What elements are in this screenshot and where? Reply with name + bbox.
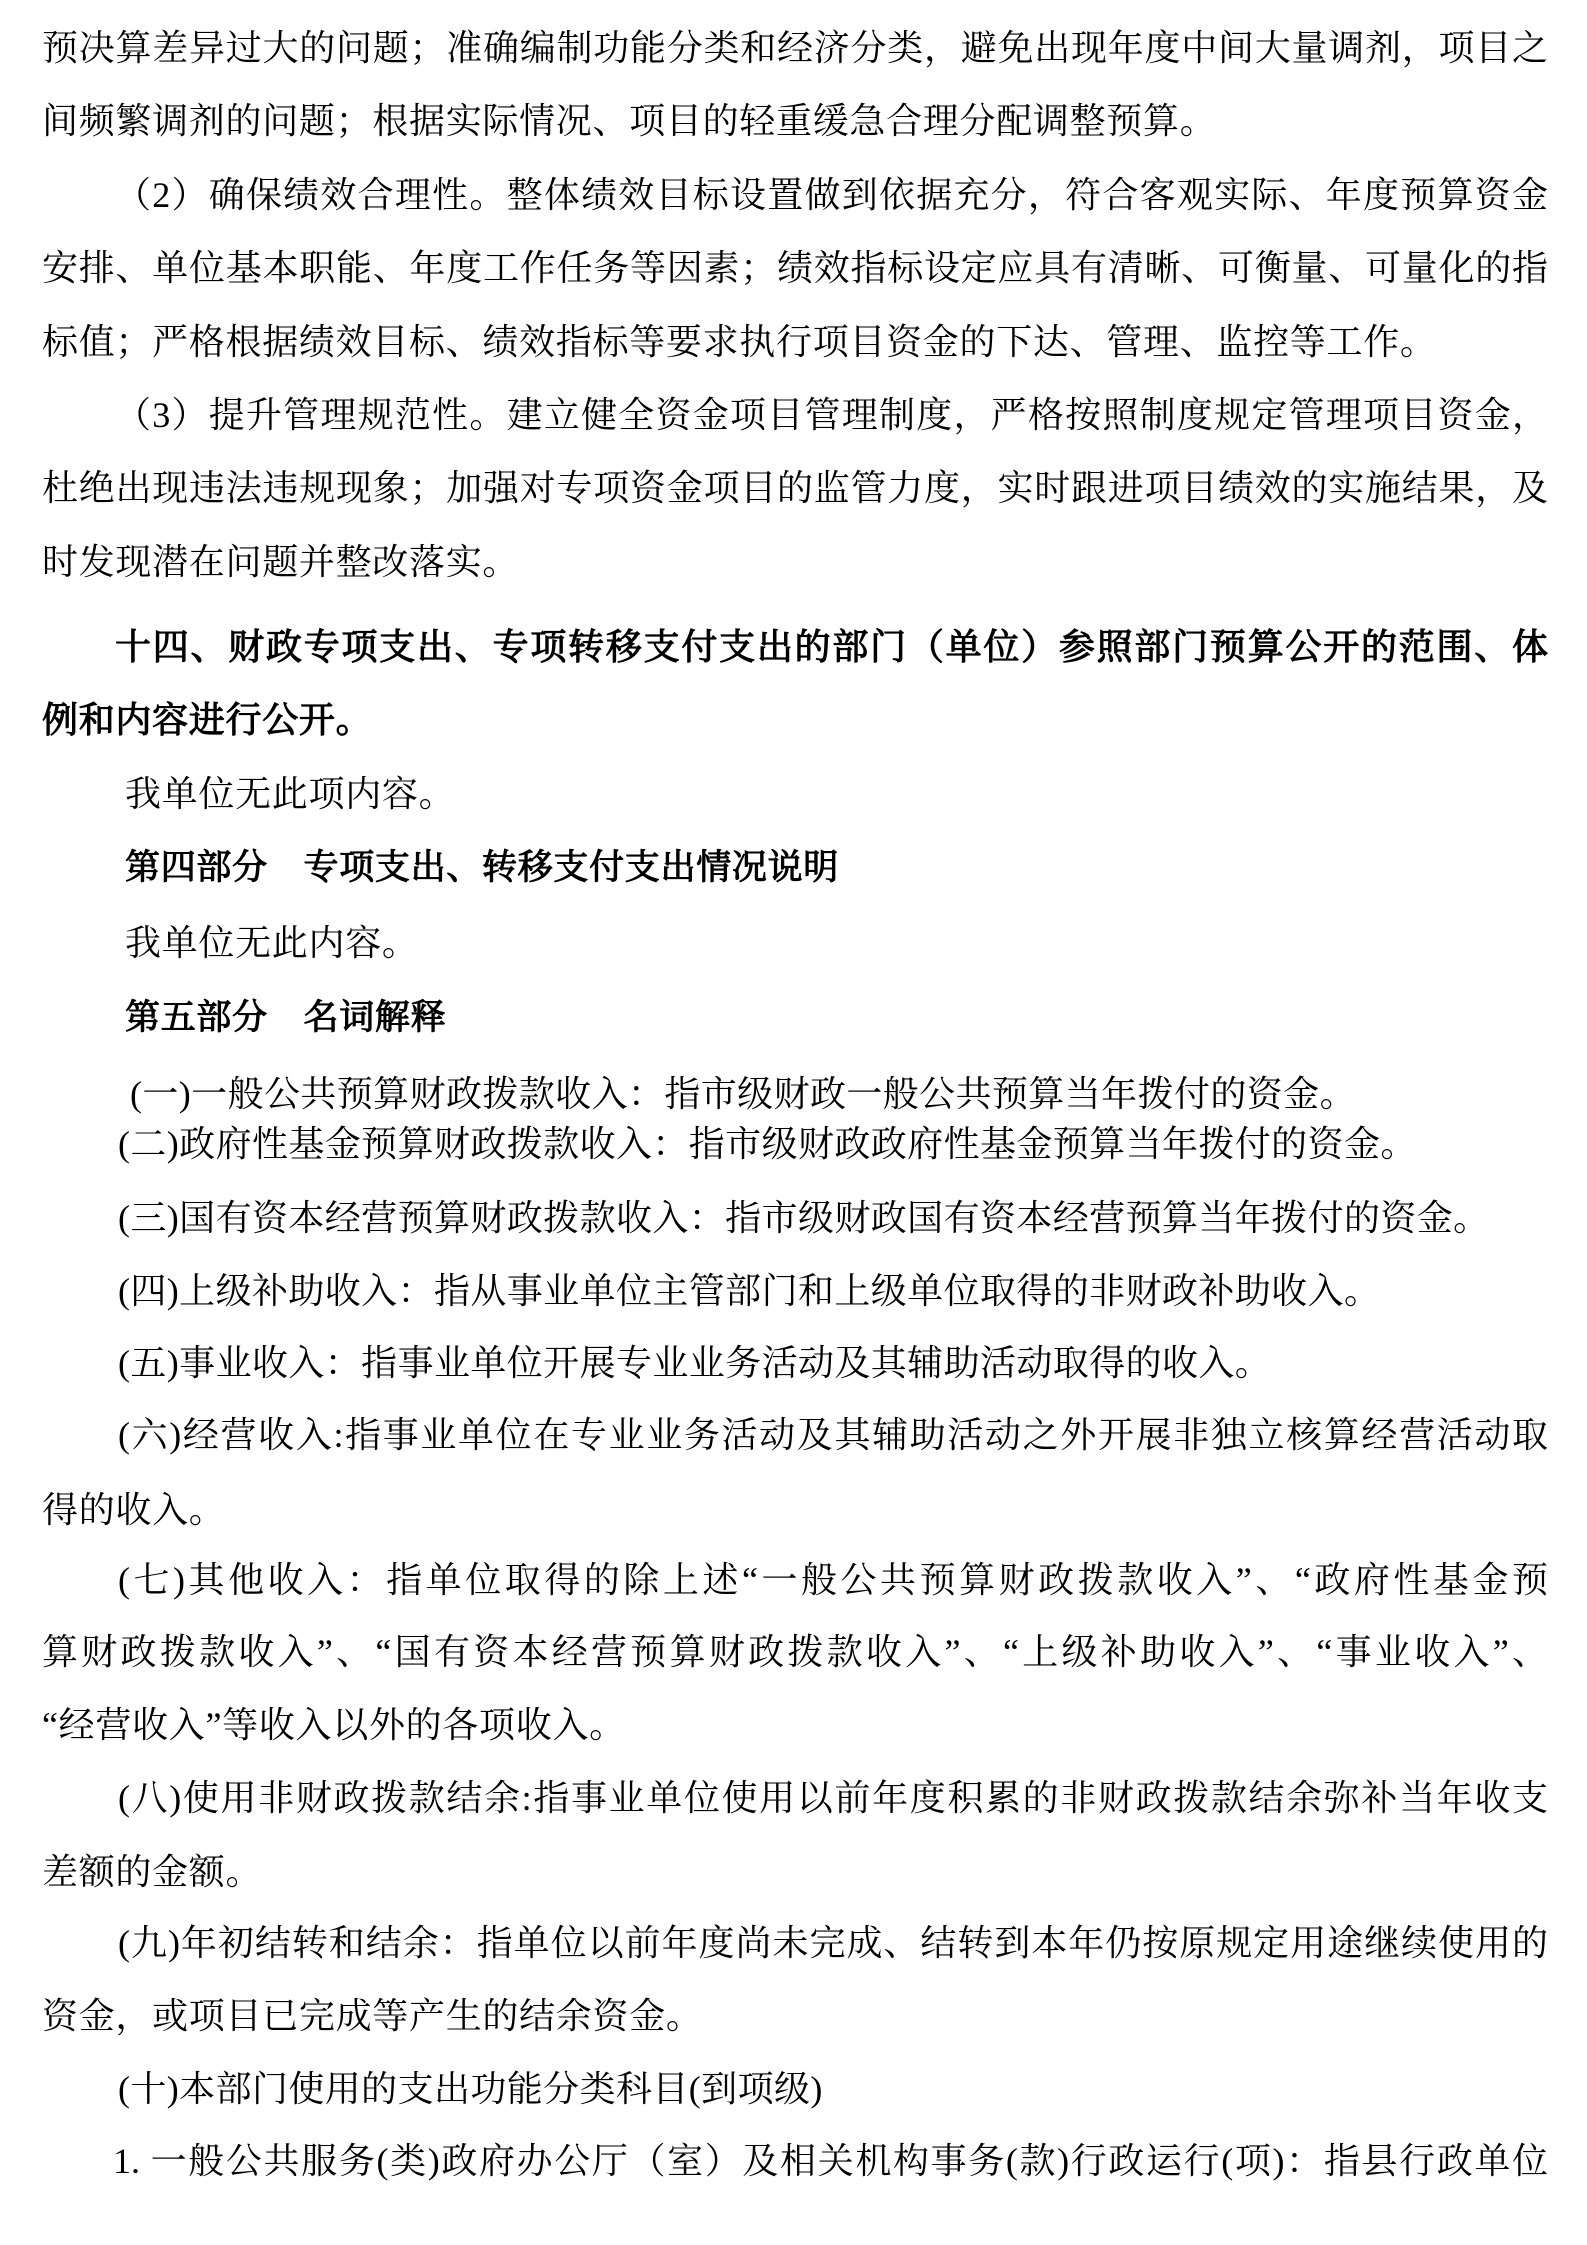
paragraph-line: （3）提升管理规范性。建立健全资金项目管理制度，严格按照制度规定管理项目资金， bbox=[115, 395, 1548, 435]
section-heading-14: 十四、财政专项支出、专项转移支付支出的部门（单位）参照部门预算公开的范围、体 bbox=[115, 627, 1548, 667]
term-definition: (十)本部门使用的支出功能分类科目(到项级) bbox=[118, 2069, 823, 2109]
term-definition: (四)上级补助收入：指从事业单位主管部门和上级单位取得的非财政补助收入。 bbox=[118, 1271, 1380, 1311]
term-definition: (二)政府性基金预算财政拨款收入：指市级财政政府性基金预算当年拨付的资金。 bbox=[118, 1124, 1417, 1164]
paragraph-line: 标值；严格根据绩效目标、绩效指标等要求执行项目资金的下达、管理、监控等工作。 bbox=[42, 322, 1437, 362]
term-definition: 得的收入。 bbox=[42, 1490, 226, 1530]
paragraph-line: 安排、单位基本职能、年度工作任务等因素；绩效指标设定应具有清晰、可衡量、可量化的… bbox=[42, 248, 1548, 288]
paragraph-line: 预决算差异过大的问题；准确编制功能分类和经济分类，避免出现年度中间大量调剂，项目… bbox=[42, 28, 1548, 68]
paragraph-line: （2）确保绩效合理性。整体绩效目标设置做到依据充分，符合客观实际、年度预算资金 bbox=[115, 175, 1548, 215]
part-four-title: 第四部分 专项支出、转移支付支出情况说明 bbox=[125, 848, 839, 888]
term-definition: 差额的金额。 bbox=[42, 1852, 262, 1892]
term-definition: 1. 一般公共服务(类)政府办公厅（室）及相关机构事务(款)行政运行(项)：指县… bbox=[113, 2141, 1548, 2181]
term-definition: (五)事业收入：指事业单位开展专业业务活动及其辅助活动取得的收入。 bbox=[118, 1343, 1271, 1383]
section-heading-14: 例和内容进行公开。 bbox=[42, 700, 372, 740]
part-five-title: 第五部分 名词解释 bbox=[125, 998, 446, 1038]
term-definition: (一)一般公共预算财政拨款收入：指市级财政一般公共预算当年拨付的资金。 bbox=[130, 1074, 1356, 1114]
term-definition: (六)经营收入:指事业单位在专业业务活动及其辅助活动之外开展非独立核算经营活动取 bbox=[118, 1415, 1548, 1455]
term-definition: “经营收入”等收入以外的各项收入。 bbox=[42, 1705, 626, 1745]
term-definition: 算财政拨款收入”、“国有资本经营预算财政拨款收入”、“上级补助收入”、“事业收入… bbox=[42, 1632, 1548, 1672]
paragraph-line: 杜绝出现违法违规现象；加强对专项资金项目的监管力度，实时跟进项目绩效的实施结果，… bbox=[42, 468, 1548, 508]
term-definition: (三)国有资本经营预算财政拨款收入：指市级财政国有资本经营预算当年拨付的资金。 bbox=[118, 1198, 1490, 1238]
term-definition: (七)其他收入：指单位取得的除上述“一般公共预算财政拨款收入”、“政府性基金预 bbox=[118, 1560, 1548, 1600]
term-definition: (九)年初结转和结余：指单位以前年度尚未完成、结转到本年仍按原规定用途继续使用的 bbox=[118, 1923, 1548, 1963]
part-four-body: 我单位无此内容。 bbox=[125, 923, 419, 963]
term-definition: 资金，或项目已完成等产生的结余资金。 bbox=[42, 1996, 703, 2036]
paragraph-line: 时发现潜在问题并整改落实。 bbox=[42, 542, 519, 582]
paragraph-line: 间频繁调剂的问题；根据实际情况、项目的轻重缓急合理分配调整预算。 bbox=[42, 101, 1216, 141]
document-page: 预决算差异过大的问题；准确编制功能分类和经济分类，避免出现年度中间大量调剂，项目… bbox=[0, 0, 1587, 2245]
section-body: 我单位无此项内容。 bbox=[125, 774, 455, 814]
term-definition: (八)使用非财政拨款结余:指事业单位使用以前年度积累的非财政拨款结余弥补当年收支 bbox=[118, 1778, 1548, 1818]
